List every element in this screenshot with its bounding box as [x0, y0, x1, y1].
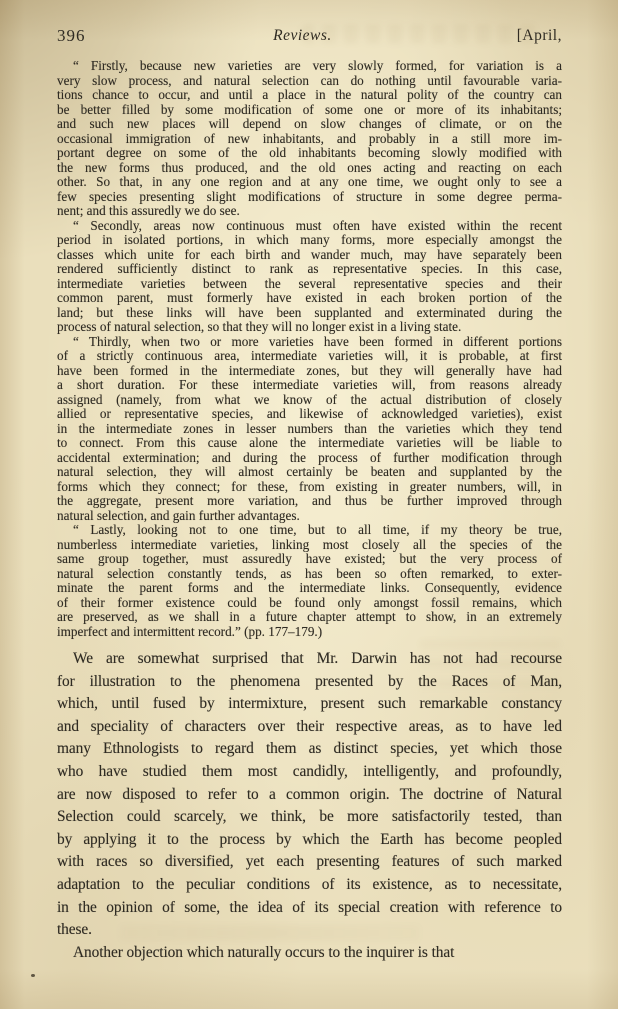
text-line: which, until fused by intermixture, pres… [57, 693, 562, 716]
text-line: in the opinion of some, the idea of its … [57, 897, 562, 920]
text-line: natural selection constantly tends, as h… [57, 567, 562, 582]
text-line: of a strictly continuous area, intermedi… [57, 349, 562, 364]
text-line: and speciality of characters over their … [57, 716, 562, 739]
text-line: with races so diversified, yet each pres… [57, 851, 562, 874]
text-line: common parent, must formerly have existe… [57, 291, 562, 306]
text-line: natural selection, and gain further adva… [57, 509, 562, 524]
text-line: period in isolated portions, in which ma… [57, 233, 562, 248]
text-line: nent; and this assuredly we do see. [57, 204, 562, 219]
text-column: “ Firstly, because new varieties are ver… [57, 59, 562, 964]
text-line: few species presenting slight modificati… [57, 190, 562, 205]
paragraph: “ Thirdly, when two or more varieties ha… [57, 335, 562, 524]
text-line: Another objection which naturally occurs… [57, 942, 562, 965]
text-line: accidental extermination; and during the… [57, 451, 562, 466]
text-line: the aggregate, present more variation, a… [57, 494, 562, 509]
text-line: rendered sufficiently distinct to rank a… [57, 262, 562, 277]
ink-speck [31, 974, 35, 977]
text-line: a short duration. For these intermediate… [57, 378, 562, 393]
text-line: other. So that, in any one region and at… [57, 175, 562, 190]
text-line: “ Firstly, because new varieties are ver… [57, 59, 562, 74]
text-line: are preserved, as we shall in a future c… [57, 610, 562, 625]
text-line: for illustration to the phenomena presen… [57, 671, 562, 694]
text-line: minate the parent forms and the intermed… [57, 581, 562, 596]
paragraph: Another objection which naturally occurs… [57, 942, 562, 965]
text-line: natural selection, they will almost cert… [57, 465, 562, 480]
issue-label: [April, [517, 27, 562, 45]
text-line: “ Secondly, areas now continuous must of… [57, 219, 562, 234]
text-line: same group together, must assuredly have… [57, 552, 562, 567]
paragraph: “ Lastly, looking not to one time, but t… [57, 523, 562, 639]
text-line: many Ethnologists to regard them as dist… [57, 738, 562, 761]
text-line: allied or representative species, and li… [57, 407, 562, 422]
text-line: tions chance to occur, and until a place… [57, 88, 562, 103]
text-line: We are somewhat surprised that Mr. Darwi… [57, 648, 562, 671]
text-line: the new forms thus produced, and the old… [57, 161, 562, 176]
text-line: occasional immigration of new inhabitant… [57, 132, 562, 147]
text-line: Selection could scarcely, we think, be m… [57, 806, 562, 829]
text-line: classes which unite for each birth and w… [57, 248, 562, 263]
quoted-extract: “ Firstly, because new varieties are ver… [57, 59, 562, 639]
text-line: very slow process, and natural selection… [57, 74, 562, 89]
paragraph: We are somewhat surprised that Mr. Darwi… [57, 648, 562, 942]
text-line: to connect. From this cause alone the in… [57, 436, 562, 451]
review-commentary: We are somewhat surprised that Mr. Darwi… [57, 648, 562, 964]
page-number: 396 [57, 26, 86, 46]
text-line: intermediate varieties between the sever… [57, 277, 562, 292]
text-line: imperfect and intermittent record.” (pp.… [57, 625, 562, 640]
text-line: be better filled by some modification of… [57, 103, 562, 118]
text-line: and such new places will depend on slow … [57, 117, 562, 132]
book-page: 396 Reviews. [April, “ Firstly, because … [0, 0, 618, 1009]
text-line: by applying it to the process by which t… [57, 829, 562, 852]
paragraph: “ Secondly, areas now continuous must of… [57, 219, 562, 335]
text-line: assigned (namely, from what we know of t… [57, 393, 562, 408]
text-line: portant degree on some of the old inhabi… [57, 146, 562, 161]
paragraph: “ Firstly, because new varieties are ver… [57, 59, 562, 219]
text-line: who have studied them most candidly, int… [57, 761, 562, 784]
text-line: land; but these links will have been sup… [57, 306, 562, 321]
text-line: of their former existence could be found… [57, 596, 562, 611]
text-line: adaptation to the peculiar conditions of… [57, 874, 562, 897]
text-line: process of natural selection, so that th… [57, 320, 562, 335]
running-title: Reviews. [273, 27, 332, 45]
text-line: forms which they connect; for these, fro… [57, 480, 562, 495]
text-line: “ Thirdly, when two or more varieties ha… [57, 335, 562, 350]
text-line: these. [57, 919, 562, 942]
page-header: 396 Reviews. [April, [57, 26, 562, 48]
text-line: in the intermediate zones in lesser numb… [57, 422, 562, 437]
text-line: have been formed in the intermediate zon… [57, 364, 562, 379]
text-line: are now disposed to refer to a common or… [57, 784, 562, 807]
text-line: numberless intermediate varieties, linki… [57, 538, 562, 553]
text-line: “ Lastly, looking not to one time, but t… [57, 523, 562, 538]
